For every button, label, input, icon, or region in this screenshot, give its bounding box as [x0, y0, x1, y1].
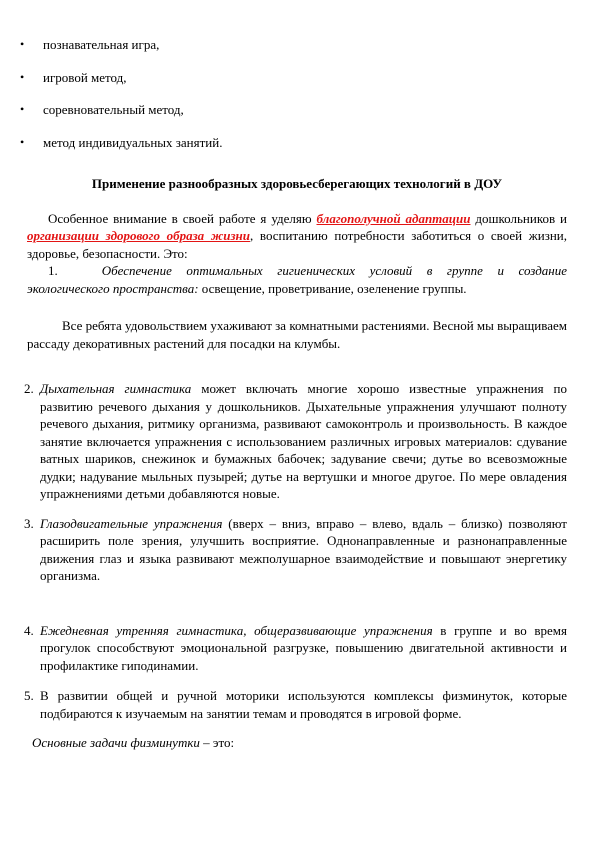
- bullet-item-competitive-method: • соревновательный метод,: [27, 101, 567, 119]
- bullet-item-game-method: • игровой метод,: [27, 69, 567, 87]
- item-5-rest: В развитии общей и ручной моторики испол…: [40, 688, 567, 721]
- item-3-italic-lead: Глазодвигательные упражнения: [40, 516, 222, 531]
- bullet-item-label: соревновательный метод,: [43, 102, 184, 117]
- intro-text-2: дошкольников и: [470, 211, 567, 226]
- emphasis-healthy-lifestyle: организации здорового образа жизни: [27, 228, 250, 243]
- emphasis-successful-adaptation: благополучной адаптации: [317, 211, 471, 226]
- intro-paragraph: Особенное внимание в своей работе я удел…: [27, 210, 567, 263]
- bullet-item-label: познавательная игра,: [43, 37, 159, 52]
- item-1-rest: освещение, проветривание, озеленение гру…: [199, 281, 467, 296]
- numbered-item-2: 2.Дыхательная гимнастика может включать …: [27, 380, 567, 503]
- item-2-number: 2.: [24, 380, 34, 398]
- item-2-italic-lead: Дыхательная гимнастика: [40, 381, 191, 396]
- closing-italic-lead: Основные задачи физминутки –: [32, 735, 213, 750]
- item-3-number: 3.: [24, 515, 34, 533]
- intro-text-1: Особенное внимание в своей работе я удел…: [48, 211, 317, 226]
- bullet-icon: •: [20, 134, 24, 152]
- numbered-item-1: 1.Обеспечение оптимальных гигиенических …: [27, 262, 567, 297]
- numbered-item-5: 5.В развитии общей и ручной моторики исп…: [27, 687, 567, 722]
- item-2-rest: может включать многие хорошо известные у…: [40, 381, 567, 501]
- item-4-number: 4.: [24, 622, 34, 640]
- bullet-icon: •: [20, 36, 24, 54]
- item-5-number: 5.: [24, 687, 34, 705]
- methods-bullet-list: • познавательная игра, • игровой метод, …: [27, 36, 567, 151]
- plants-paragraph: Все ребята удовольствием ухаживают за ко…: [27, 317, 567, 352]
- bullet-item-individual-lessons: • метод индивидуальных занятий.: [27, 134, 567, 152]
- bullet-item-label: игровой метод,: [43, 70, 127, 85]
- item-4-italic-lead: Ежедневная утренняя гимнастика, общеразв…: [40, 623, 433, 638]
- bullet-icon: •: [20, 101, 24, 119]
- document-heading: Применение разнообразных здоровьесберега…: [27, 175, 567, 193]
- bullet-icon: •: [20, 69, 24, 87]
- closing-line: Основные задачи физминутки – это:: [27, 734, 567, 752]
- item-1-number: 1.: [48, 263, 58, 278]
- bullet-item-cognitive-game: • познавательная игра,: [27, 36, 567, 54]
- numbered-item-3: 3.Глазодвигательные упражнения (вверх – …: [27, 515, 567, 585]
- document-page: • познавательная игра, • игровой метод, …: [0, 0, 595, 842]
- numbered-item-4: 4.Ежедневная утренняя гимнастика, общера…: [27, 622, 567, 675]
- closing-rest: это:: [213, 735, 234, 750]
- bullet-item-label: метод индивидуальных занятий.: [43, 135, 222, 150]
